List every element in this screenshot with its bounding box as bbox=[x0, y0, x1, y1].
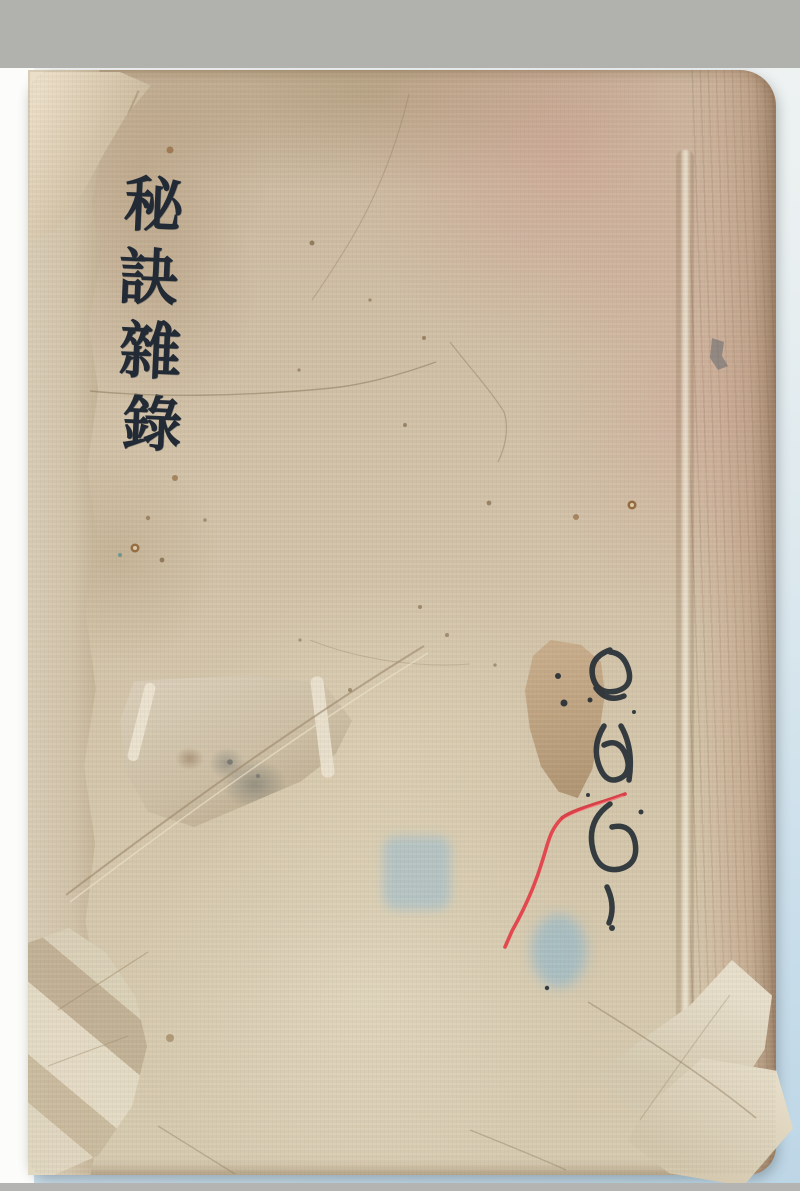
book-cover: 秘 訣 雜 錄 bbox=[28, 70, 776, 1175]
photo-canvas: 秘 訣 雜 錄 bbox=[0, 0, 800, 1191]
title-char-1: 秘 bbox=[122, 175, 185, 238]
cover-title: 秘 訣 雜 錄 bbox=[98, 174, 202, 457]
letterbox-bottom bbox=[0, 1183, 800, 1191]
title-char-4: 錄 bbox=[121, 394, 184, 457]
title-char-3: 雜 bbox=[118, 320, 183, 385]
title-char-2: 訣 bbox=[117, 246, 181, 310]
letterbox-top bbox=[0, 0, 800, 68]
